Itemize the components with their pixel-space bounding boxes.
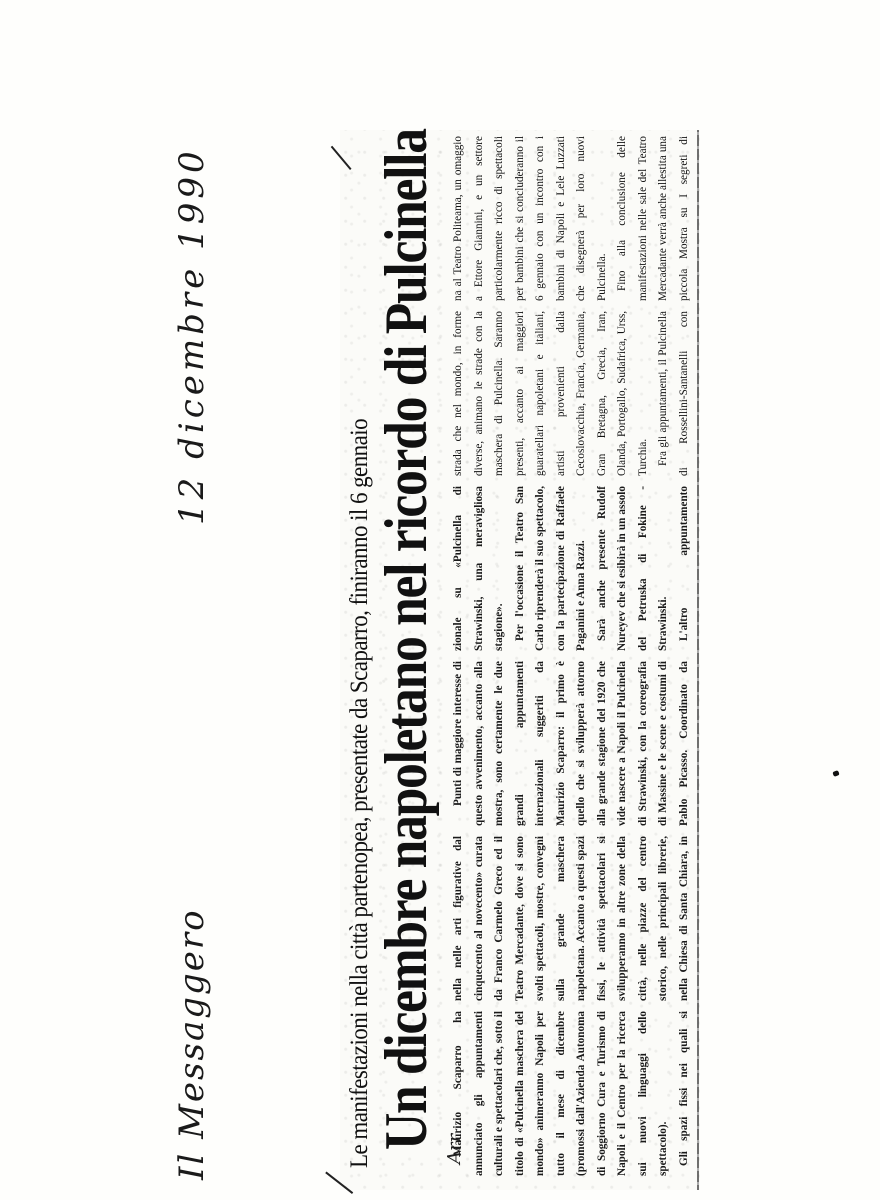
newspaper-clipping: Le manifestazioni nella città partenopea… bbox=[340, 130, 700, 1190]
paragraph: Punti di maggiore interesse di questo av… bbox=[448, 661, 696, 826]
clipping-body: Le manifestazioni nella città partenopea… bbox=[340, 130, 700, 1190]
pen-stroke-mark bbox=[331, 146, 352, 170]
scanned-page: Il Messaggero 12 dicembre 1990 Le manife… bbox=[0, 0, 880, 1200]
paragraph: Fino alla conclusione delle manifestazio… bbox=[612, 136, 696, 301]
pen-stroke-mark bbox=[325, 1171, 353, 1194]
article-column-5: strada che nel mondo, in forme diverse, … bbox=[448, 311, 696, 476]
paragraph: Per l'occasione il Teatro San Carlo ripr… bbox=[510, 486, 592, 651]
handwritten-date: 12 dicembre 1990 bbox=[172, 147, 212, 525]
article-column-3: Punti di maggiore interesse di questo av… bbox=[448, 661, 696, 826]
paragraph: Maurizio Scaparro ha annunciato gli appu… bbox=[448, 1011, 674, 1176]
paragraph: Sarà anche presente Rudolf Nureyev che s… bbox=[592, 486, 674, 651]
paragraph: strada che nel mondo, in forme diverse, … bbox=[448, 311, 653, 476]
article-column-6: na al Teatro Politeama, un omaggio a Ett… bbox=[448, 136, 696, 301]
article-column-4: zionale su «Pulcinella di Strawinski, un… bbox=[448, 486, 696, 651]
handwritten-newspaper-name: Il Messaggero bbox=[172, 908, 212, 1180]
ink-speck bbox=[832, 770, 839, 777]
article-column-1: Maurizio Scaparro ha annunciato gli appu… bbox=[448, 1011, 696, 1176]
clipping-cut-edge bbox=[697, 130, 699, 1190]
article-columns: Maurizio Scaparro ha annunciato gli appu… bbox=[448, 136, 696, 1176]
paragraph: nella nelle arti figurative dal cinquece… bbox=[448, 836, 696, 1001]
article-headline: Un dicembre napoletano nel ricordo di Pu… bbox=[376, 129, 436, 1150]
article-kicker: Le manifestazioni nella città partenopea… bbox=[346, 419, 374, 1168]
paragraph: zionale su «Pulcinella di Strawinski, un… bbox=[448, 486, 510, 651]
paragraph: na al Teatro Politeama, un omaggio a Ett… bbox=[448, 136, 612, 301]
article-column-2: nella nelle arti figurative dal cinquece… bbox=[448, 836, 696, 1001]
paragraph: Gli spazi fissi nei quali si svilupperan… bbox=[674, 1011, 697, 1176]
paragraph: L'altro appuntamento internazionale di g… bbox=[674, 486, 697, 651]
paragraph: Fra gli appuntamenti, il Pulcinella di R… bbox=[653, 311, 696, 476]
